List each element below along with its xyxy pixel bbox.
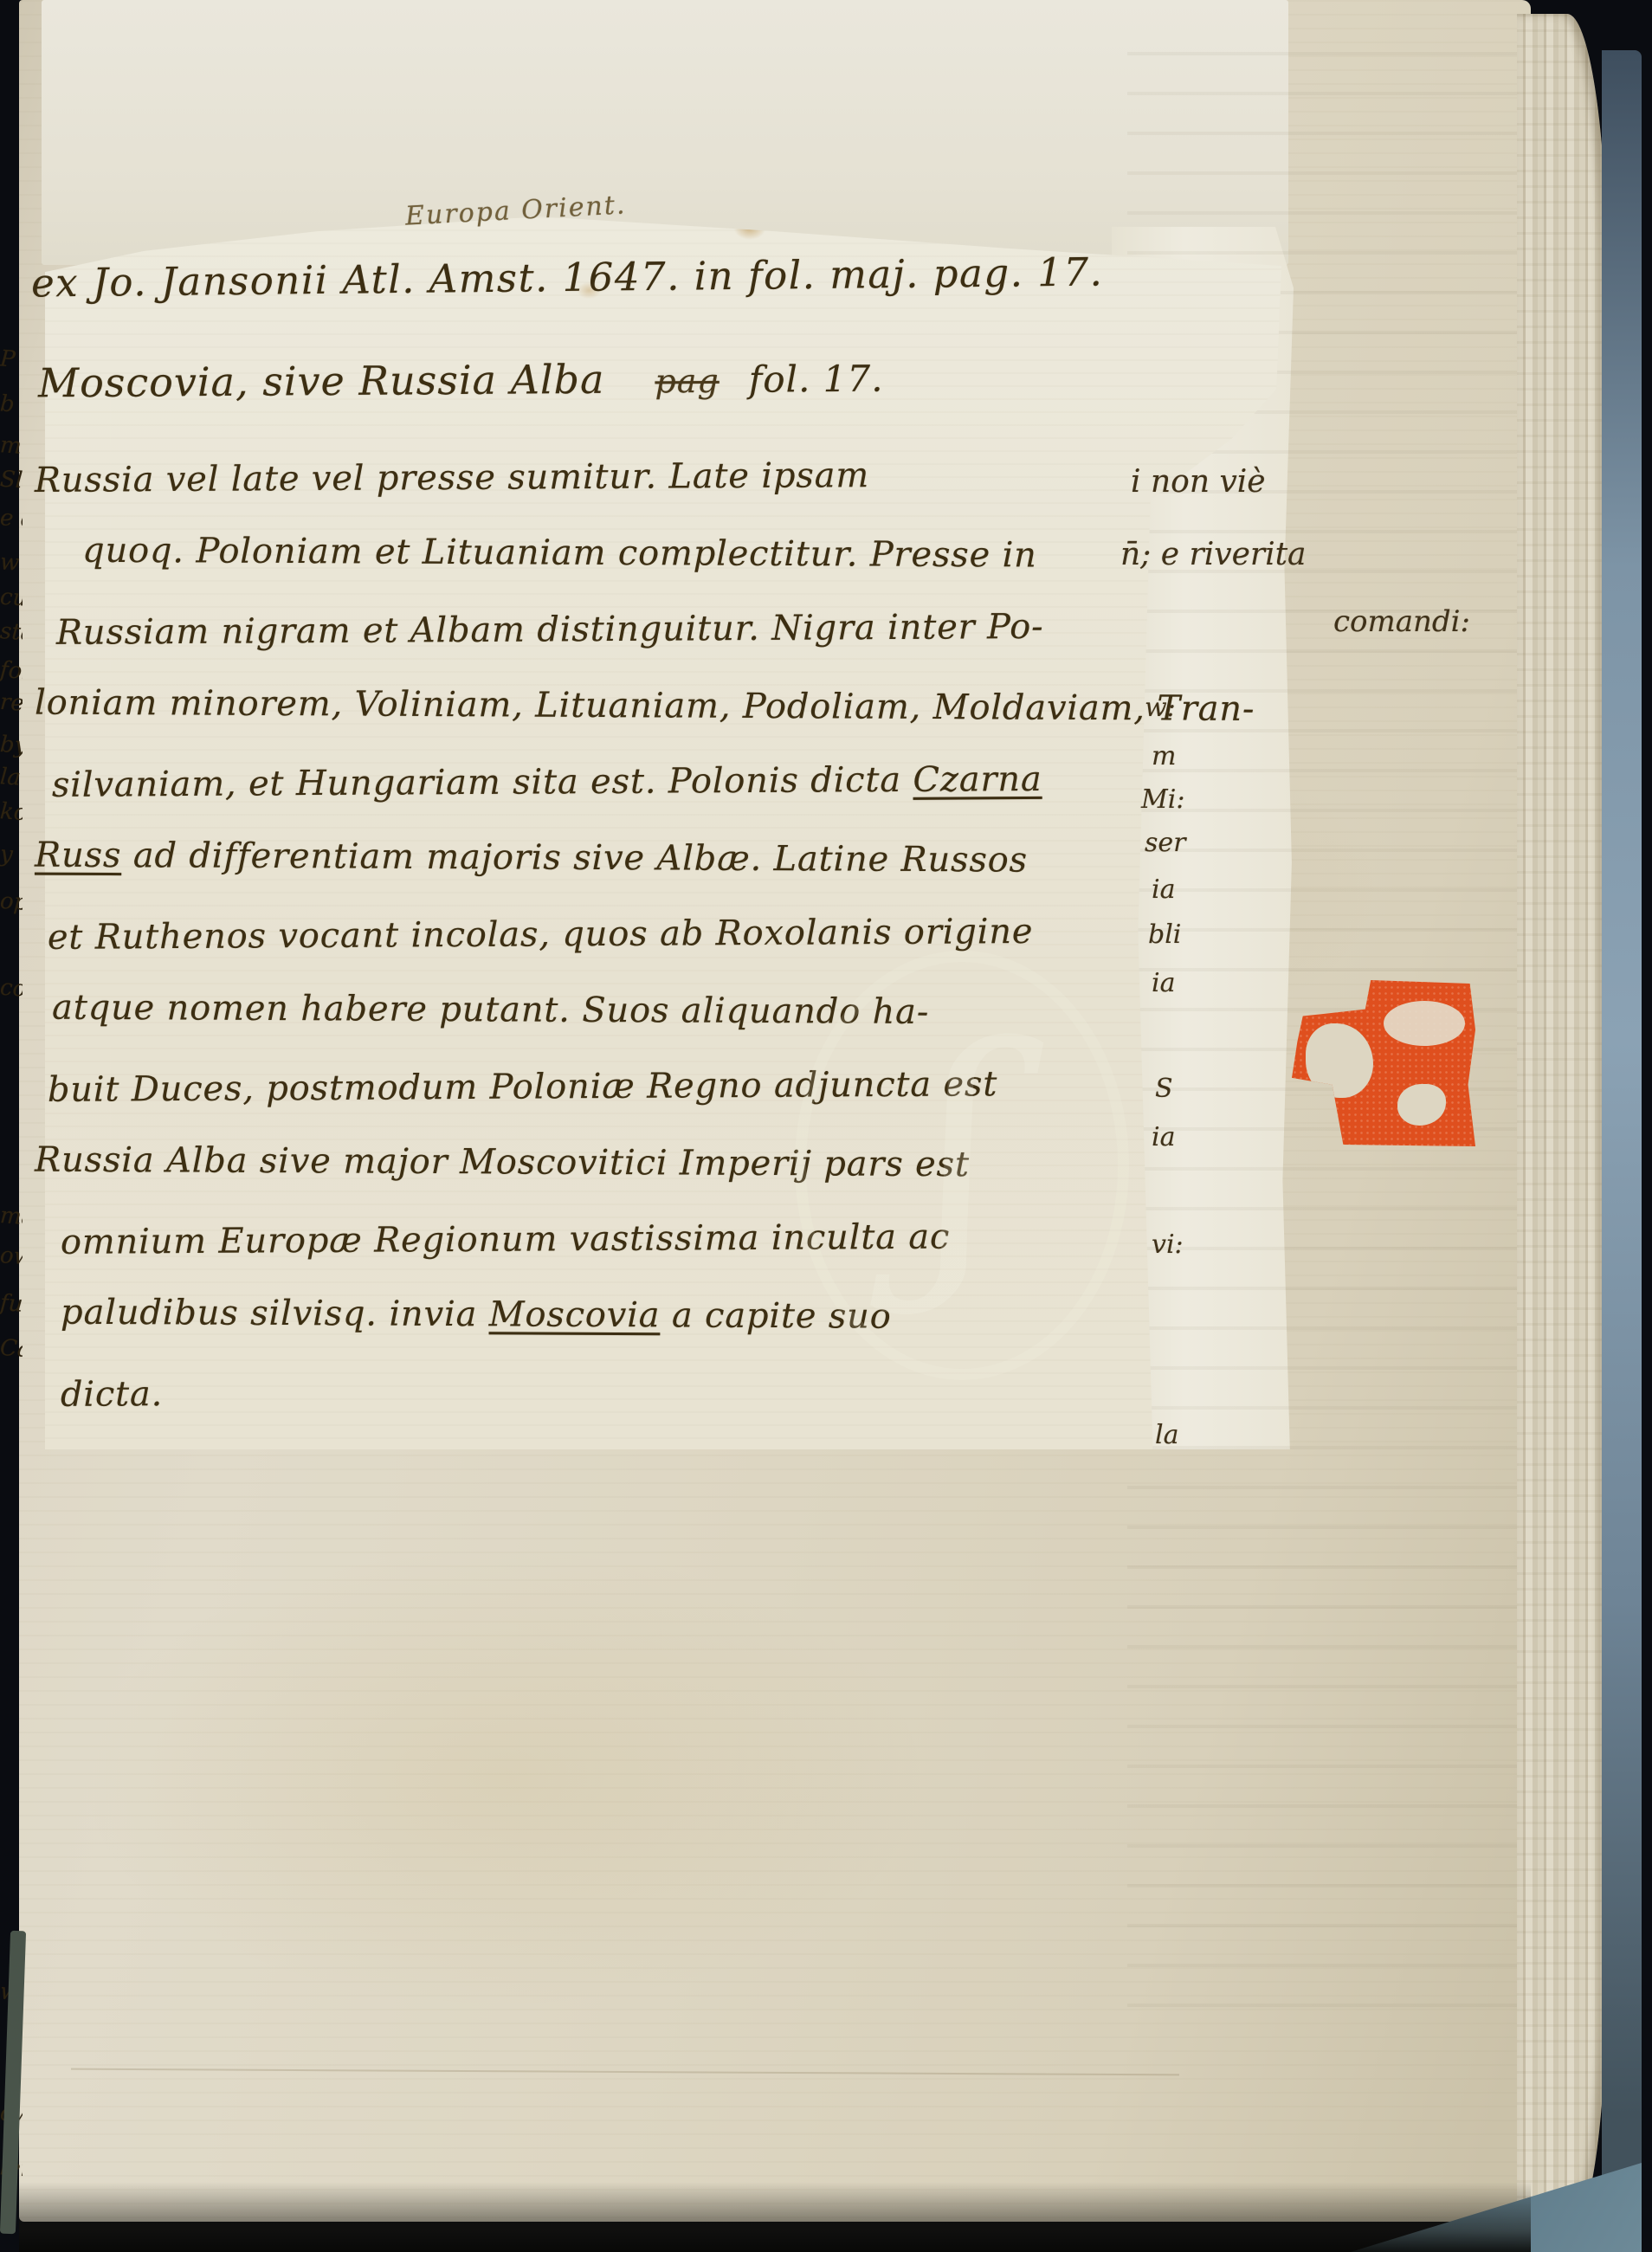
manuscript-line: silvaniam, et Hungariam sita est. Poloni… bbox=[52, 758, 1161, 842]
manuscript-photo: Europa Orient. ex Jo. Jansonii Atl. Amst… bbox=[0, 0, 1652, 2252]
manuscript-line: Russia vel late vel presse sumitur. Late… bbox=[35, 454, 1161, 537]
manuscript-line: Russ ad differentiam majoris sive Albæ. … bbox=[35, 836, 1160, 918]
struck-word: pag bbox=[655, 362, 720, 401]
manuscript-line: buit Duces, postmodum Poloniæ Regno adju… bbox=[48, 1063, 1161, 1146]
folio-reference: fol. 17. bbox=[749, 358, 884, 401]
book-cover-edge bbox=[1602, 50, 1642, 2203]
manuscript-line: Russia Alba sive major Moscovitici Imper… bbox=[35, 1140, 1160, 1223]
manuscript-line: dicta. bbox=[61, 1368, 1161, 1451]
manuscript-line: paludibus silvisq. invia Moscovia a capi… bbox=[61, 1293, 1160, 1375]
manuscript-line: loniam minorem, Voliniam, Lituaniam, Pod… bbox=[35, 683, 1160, 765]
manuscript-line: quoq. Poloniam et Lituaniam complectitur… bbox=[82, 531, 1160, 613]
seal-gap bbox=[1384, 1001, 1465, 1046]
page-bottom-shadow bbox=[19, 2182, 1531, 2252]
title-line: Moscovia, sive Russia Albapagfol. 17. bbox=[38, 354, 884, 407]
manuscript-line: atque nomen habere putant. Suos aliquand… bbox=[52, 988, 1160, 1070]
seal-gap bbox=[1397, 1084, 1446, 1126]
title-main: Moscovia, sive Russia Alba bbox=[38, 356, 605, 407]
left-text-fragment: y bbox=[0, 842, 14, 868]
manuscript-line: et Ruthenos vocant incolas, quos ab Roxo… bbox=[48, 911, 1161, 994]
manuscript-line: Russiam nigram et Albam distinguitur. Ni… bbox=[56, 606, 1161, 689]
left-text-fragment: P bbox=[0, 345, 16, 372]
page-crease bbox=[71, 2068, 1179, 2076]
manuscript-body: Russia vel late vel presse sumitur. Late… bbox=[35, 457, 1160, 1448]
left-text-fragment: b bbox=[0, 390, 16, 417]
left-text-fragment: w bbox=[0, 549, 20, 576]
page-fore-edge bbox=[1517, 14, 1607, 2227]
manuscript-line: omnium Europæ Regionum vastissima incult… bbox=[61, 1216, 1161, 1299]
